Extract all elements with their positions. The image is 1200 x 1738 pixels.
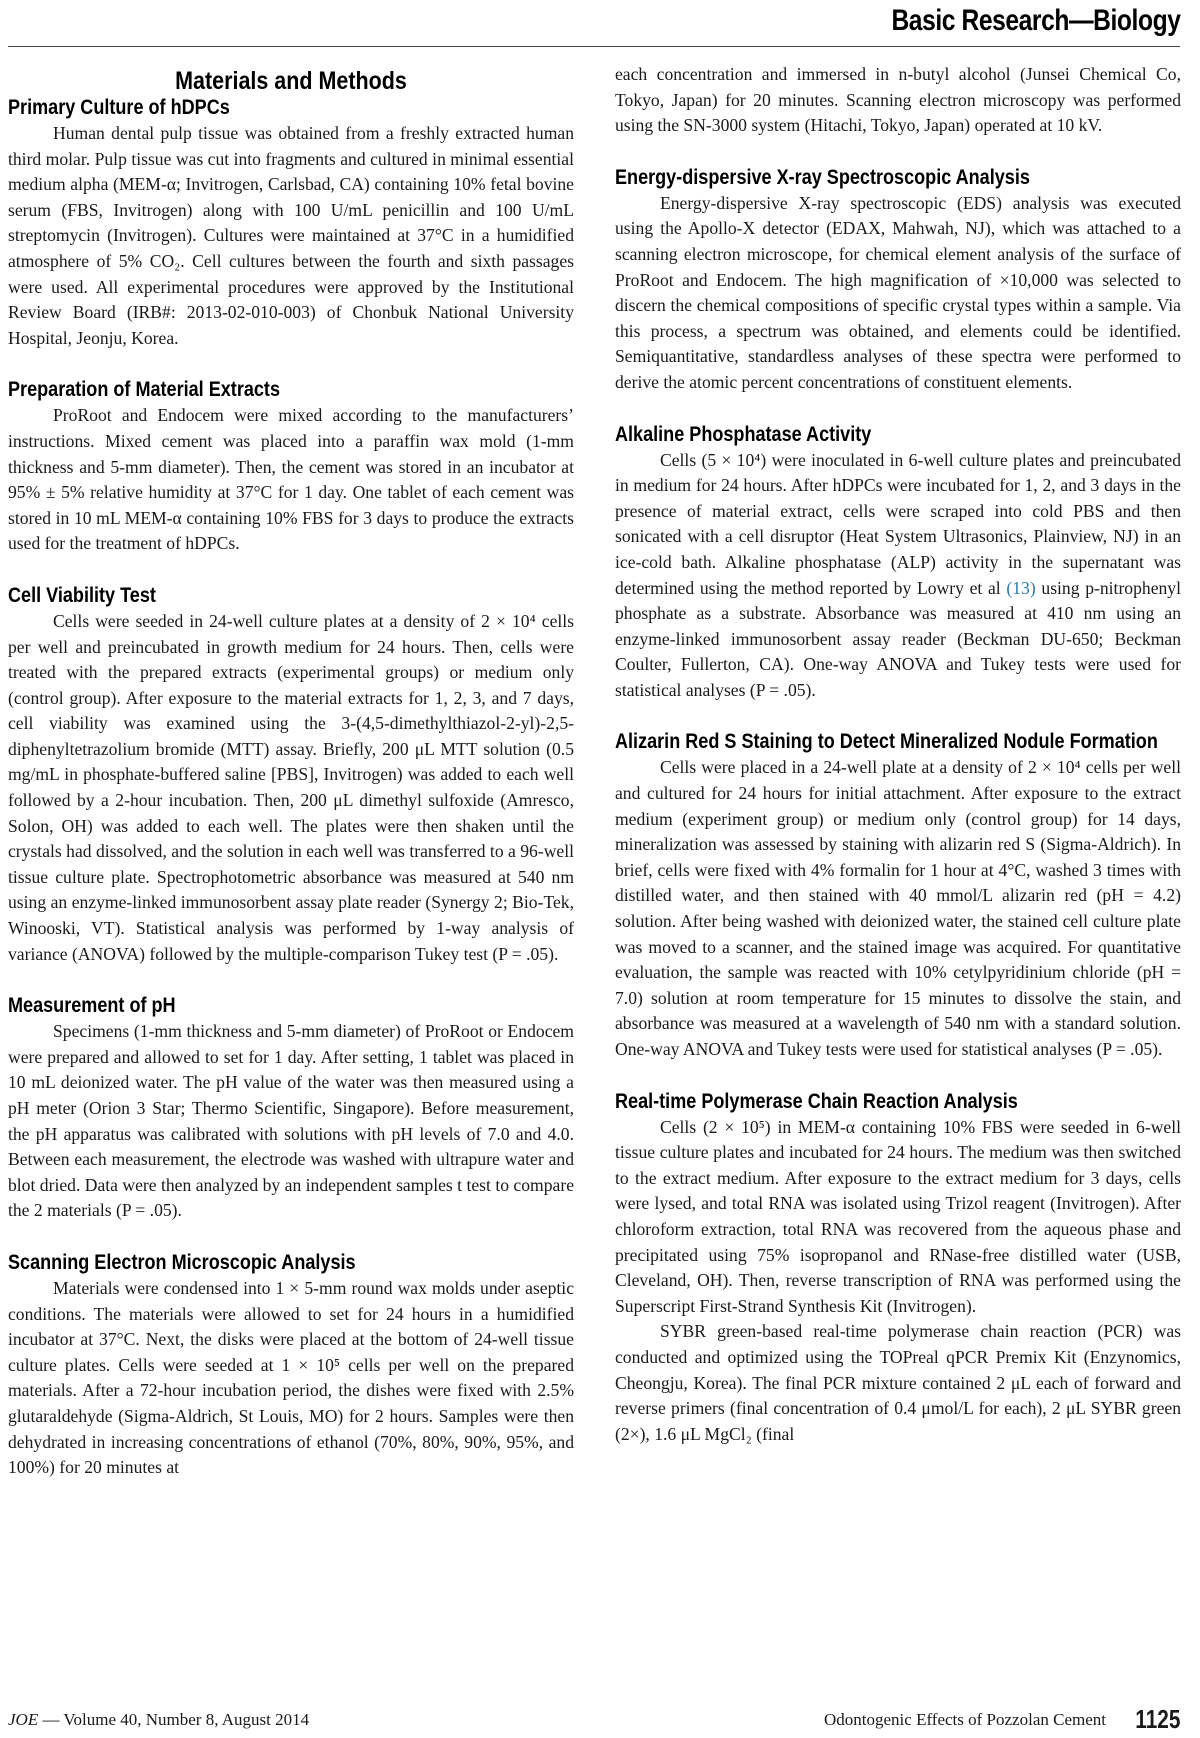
section-heading: Cell Viability Test bbox=[8, 583, 495, 609]
section-heading: Primary Culture of hDPCs bbox=[8, 95, 495, 121]
section-rt-pcr: Real-time Polymerase Chain Reaction Anal… bbox=[615, 1089, 1181, 1448]
section-paragraph: Specimens (1-mm thickness and 5-mm diame… bbox=[8, 1019, 574, 1224]
page-title: Materials and Methods bbox=[48, 67, 535, 95]
journal-section-label: Basic Research—Biology bbox=[891, 4, 1180, 38]
section-paragraph: Cells were placed in a 24-well plate at … bbox=[615, 755, 1181, 1062]
article-short-title: Odontogenic Effects of Pozzolan Cement bbox=[824, 1710, 1106, 1730]
paragraph-text: Cells (5 × 10⁴) were inoculated in 6-wel… bbox=[615, 450, 1181, 598]
section-paragraph: Cells (5 × 10⁴) were inoculated in 6-wel… bbox=[615, 448, 1181, 704]
journal-citation: JOE — Volume 40, Number 8, August 2014 bbox=[8, 1710, 309, 1730]
section-paragraph: Cells (2 × 10⁵) in MEM-α containing 10% … bbox=[615, 1115, 1181, 1320]
section-alizarin-red: Alizarin Red S Staining to Detect Minera… bbox=[615, 729, 1181, 1062]
journal-volume-info: — Volume 40, Number 8, August 2014 bbox=[38, 1710, 309, 1729]
section-eds-analysis: Energy-dispersive X-ray Spectroscopic An… bbox=[615, 165, 1181, 396]
section-sem-analysis: Scanning Electron Microscopic Analysis M… bbox=[8, 1250, 574, 1481]
section-primary-culture: Primary Culture of hDPCs Human dental pu… bbox=[8, 95, 574, 351]
section-paragraph: SYBR green-based real-time polymerase ch… bbox=[615, 1319, 1181, 1447]
section-heading: Scanning Electron Microscopic Analysis bbox=[8, 1250, 495, 1276]
right-column: each concentration and immersed in n-but… bbox=[615, 62, 1181, 1447]
section-alp-activity: Alkaline Phosphatase Activity Cells (5 ×… bbox=[615, 422, 1181, 704]
section-heading: Alkaline Phosphatase Activity bbox=[615, 422, 1102, 448]
section-paragraph: ProRoot and Endocem were mixed according… bbox=[8, 403, 574, 557]
running-header: Basic Research—Biology bbox=[8, 0, 1180, 47]
reference-link[interactable]: (13) bbox=[1006, 578, 1035, 598]
section-paragraph: Human dental pulp tissue was obtained fr… bbox=[8, 121, 574, 351]
page-footer: JOE — Volume 40, Number 8, August 2014 O… bbox=[8, 1708, 1180, 1732]
section-heading: Energy-dispersive X-ray Spectroscopic An… bbox=[615, 165, 1102, 191]
section-heading: Measurement of pH bbox=[8, 993, 495, 1019]
section-paragraph: Cells were seeded in 24-well culture pla… bbox=[8, 609, 574, 967]
left-column: Materials and Methods Primary Culture of… bbox=[8, 62, 574, 1481]
continued-paragraph: each concentration and immersed in n-but… bbox=[615, 62, 1181, 139]
page-number: 1125 bbox=[1135, 1704, 1180, 1735]
section-paragraph: Materials were condensed into 1 × 5-mm r… bbox=[8, 1276, 574, 1481]
section-paragraph: Energy-dispersive X-ray spectroscopic (E… bbox=[615, 191, 1181, 396]
section-cell-viability: Cell Viability Test Cells were seeded in… bbox=[8, 583, 574, 967]
section-heading: Alizarin Red S Staining to Detect Minera… bbox=[615, 729, 1175, 755]
journal-abbrev: JOE bbox=[8, 1710, 38, 1729]
section-heading: Real-time Polymerase Chain Reaction Anal… bbox=[615, 1089, 1102, 1115]
section-material-extracts: Preparation of Material Extracts ProRoot… bbox=[8, 377, 574, 557]
section-ph-measurement: Measurement of pH Specimens (1-mm thickn… bbox=[8, 993, 574, 1224]
section-heading: Preparation of Material Extracts bbox=[8, 377, 495, 403]
